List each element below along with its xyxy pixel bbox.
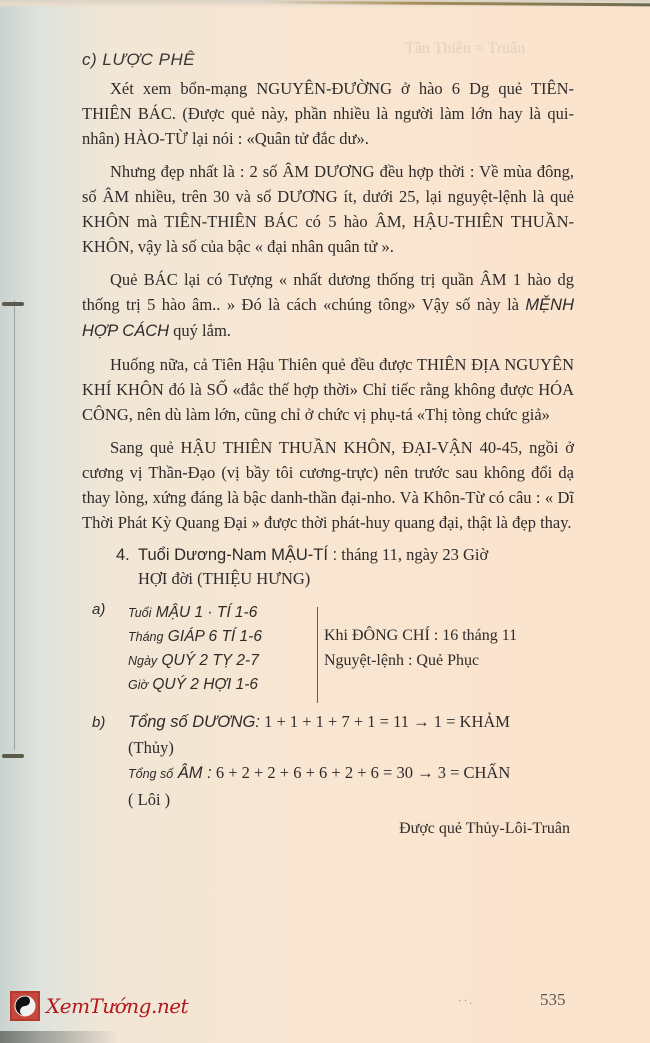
paragraph-1: Xét xem bổn-mạng NGUYÊN-ĐƯỜNG ở hào 6 Dg… — [82, 76, 574, 151]
pillar-row-day: Ngày QUÝ 2 TỴ 2-7 — [128, 649, 262, 673]
item-4-title: 4.Tuổi Dương-Nam MẬU-TÍ : tháng 11, ngày… — [116, 543, 574, 591]
am-label: ÂM : — [178, 764, 212, 782]
pillar-row-month: Tháng GIÁP 6 TÍ 1-6 — [128, 625, 262, 649]
am-total-row: Tổng số ÂM : 6 + 2 + 2 + 6 + 6 + 2 + 6 =… — [92, 760, 574, 787]
duong-element: (Thủy) — [92, 735, 574, 760]
yin-yang-icon — [10, 991, 40, 1021]
item-rest: tháng 11, ngày 23 Giờ — [337, 545, 488, 564]
paragraph-3-text: Quẻ BÁC lại có Tượng « nhất dương thống … — [82, 270, 574, 314]
paragraph-3: Quẻ BÁC lại có Tượng « nhất dương thống … — [82, 267, 574, 344]
duong-label: Tổng số DƯƠNG: — [128, 713, 260, 731]
paragraph-4: Huống nữa, cả Tiên Hậu Thiên quẻ đều đượ… — [82, 352, 574, 427]
section-heading: c) LƯỢC PHÊ — [82, 50, 574, 70]
note-dong-chi: Khi ĐÔNG CHÍ : 16 tháng 11 — [324, 623, 517, 648]
paragraph-2: Nhưng đẹp nhất là : 2 số ÂM DƯƠNG đều hợ… — [82, 159, 574, 259]
am-element: ( Lôi ) — [92, 787, 574, 812]
binding-mark-bottom — [2, 754, 24, 758]
notes-column: Khi ĐÔNG CHÍ : 16 tháng 11 Nguyệt-lệnh :… — [324, 623, 517, 673]
item-line2: HỢI đời (THIỆU HƯNG) — [116, 567, 574, 591]
paragraph-5: Sang quẻ HẬU THIÊN THUẦN KHÔN, ĐẠI-VẬN 4… — [82, 435, 574, 535]
block-a-chart: a) Tuổi MẬU 1 · TÍ 1-6 Tháng GIÁP 6 TÍ 1… — [92, 601, 574, 701]
note-nguyet-lenh: Nguyệt-lệnh : Quẻ Phục — [324, 648, 517, 673]
block-b-totals: b)Tổng số DƯƠNG: 1 + 1 + 1 + 7 + 1 = 11 … — [92, 709, 574, 838]
item-label: Tuổi Dương-Nam MẬU-TÍ : — [138, 546, 337, 564]
duong-total-row: b)Tổng số DƯƠNG: 1 + 1 + 1 + 7 + 1 = 11 … — [92, 709, 574, 735]
page-body: c) LƯỢC PHÊ Xét xem bổn-mạng NGUYÊN-ĐƯỜN… — [82, 50, 574, 838]
column-divider — [317, 607, 318, 703]
scan-shadow — [0, 1031, 120, 1043]
pillars-list: Tuổi MẬU 1 · TÍ 1-6 Tháng GIÁP 6 TÍ 1-6 … — [128, 601, 262, 697]
am-formula: 6 + 2 + 2 + 6 + 6 + 2 + 6 = 30 → 3 = CHẤ… — [212, 763, 511, 782]
watermark-logo: XemTướng.net — [10, 991, 188, 1021]
am-prefix: Tổng số — [128, 767, 173, 781]
stray-marks: · · . — [458, 996, 472, 1007]
binding-mark-top — [2, 302, 24, 306]
duong-formula: 1 + 1 + 1 + 7 + 1 = 11 → 1 = KHẢM — [260, 712, 510, 731]
watermark-text: XemTướng.net — [46, 994, 188, 1018]
block-a-tag: a) — [92, 601, 105, 618]
page-number: 535 — [540, 990, 566, 1010]
pillar-row-hour: Giờ QUÝ 2 HỢI 1-6 — [128, 673, 262, 697]
pillar-row-year: Tuổi MẬU 1 · TÍ 1-6 — [128, 601, 262, 625]
item-number: 4. — [116, 543, 138, 567]
result-hexagram: Được quẻ Thủy-Lôi-Truân — [92, 820, 570, 838]
block-b-tag: b) — [92, 710, 128, 735]
page-top-edge — [0, 0, 650, 8]
binding-fold — [14, 300, 15, 750]
paragraph-3-tail: quý lắm. — [169, 321, 231, 340]
